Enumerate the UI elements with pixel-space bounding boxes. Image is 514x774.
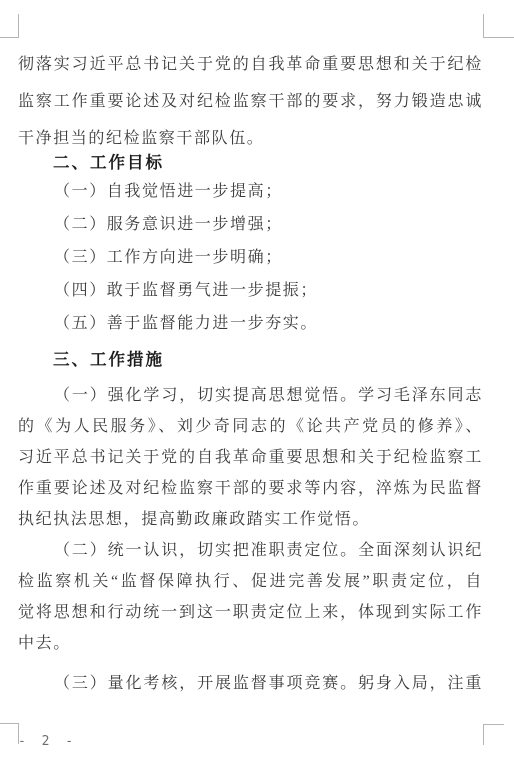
- goal-item-4: （四）敢于监督勇气进一步提振；: [18, 274, 483, 307]
- crop-mark-bottom-left: [0, 723, 19, 744]
- body-line: 觉将思想和行动统一到这一职责定位上来，体现到实际工作: [18, 597, 483, 628]
- body-line: 检监察机关“监督保障执行、促进完善发展”职责定位，自: [18, 566, 483, 597]
- crop-mark-top-left: [0, 14, 19, 38]
- document-page: 彻落实习近平总书记关于党的自我革命重要思想和关于纪检 监察工作重要论述及对纪检监…: [0, 0, 514, 774]
- body-line: 习近平总书记关于党的自我革命重要思想和关于纪检监察工: [18, 442, 483, 473]
- goal-item-3: （三）工作方向进一步明确；: [18, 241, 483, 274]
- body-line: （二）统一认识，切实把准职责定位。全面深刻认识纪: [18, 535, 483, 566]
- body-line: 彻落实习近平总书记关于党的自我革命重要思想和关于纪检: [18, 46, 483, 83]
- body-line: 中去。: [18, 628, 483, 659]
- goal-item-5: （五）善于监督能力进一步夯实。: [18, 307, 483, 340]
- body-line: 作重要论述及对纪检监察干部的要求等内容，淬炼为民监督: [18, 473, 483, 504]
- crop-mark-top-right: [483, 14, 514, 38]
- section-heading-work-measures: 三、工作措施: [18, 348, 483, 372]
- goal-item-1: （一）自我觉悟进一步提高；: [18, 175, 483, 208]
- body-line: （一）强化学习，切实提高思想觉悟。学习毛泽东同志: [18, 380, 483, 411]
- body-line: （三）量化考核，开展监督事项竞赛。躬身入局，注重: [18, 668, 483, 699]
- goal-item-2: （二）服务意识进一步增强；: [18, 208, 483, 241]
- document-text-area: 彻落实习近平总书记关于党的自我革命重要思想和关于纪检 监察工作重要论述及对纪检监…: [18, 46, 483, 699]
- page-number: - 2 -: [18, 734, 77, 749]
- body-line: 的《为人民服务》、刘少奇同志的《论共产党员的修养》、: [18, 411, 483, 442]
- crop-mark-bottom-right: [483, 724, 504, 745]
- body-line: 执纪执法思想，提高勤政廉政踏实工作觉悟。: [18, 504, 483, 535]
- body-line: 监察工作重要论述及对纪检监察干部的要求，努力锻造忠诚: [18, 83, 483, 120]
